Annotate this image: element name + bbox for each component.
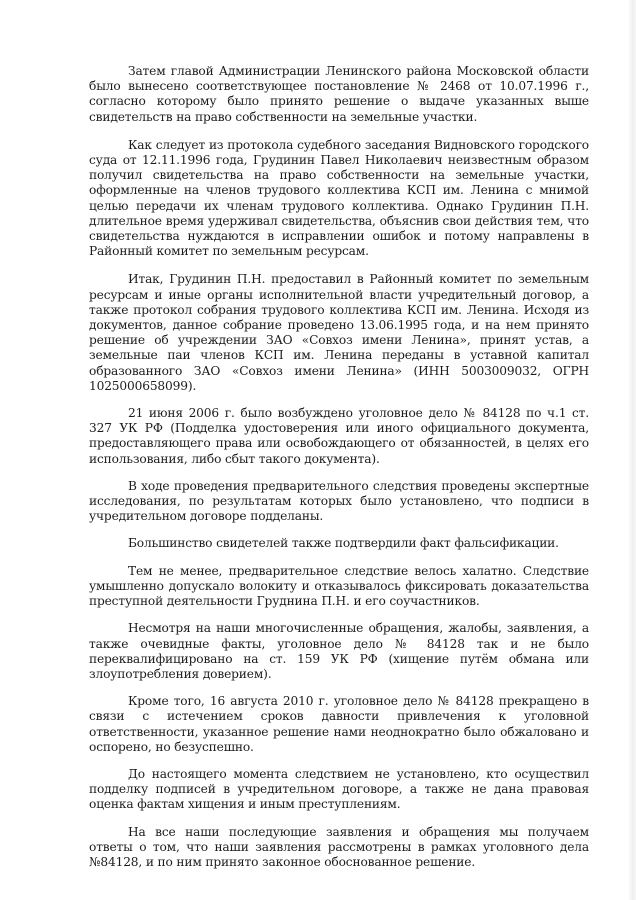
- page-edge-shadow: [628, 0, 636, 900]
- document-body: Затем главой Администрации Ленинского ра…: [89, 64, 589, 882]
- paragraph-case-closed: Кроме того, 16 августа 2010 г. уголовное…: [89, 694, 589, 755]
- paragraph-requalification: Несмотря на наши многочисленные обращени…: [89, 621, 589, 682]
- paragraph-founding-agreement: Итак, Грудинин П.Н. предоставил в Районн…: [89, 272, 589, 394]
- paragraph-expert-examination: В ходе проведения предварительного следс…: [89, 479, 589, 525]
- paragraph-criminal-case: 21 июня 2006 г. было возбуждено уголовно…: [89, 406, 589, 467]
- paragraph-not-established: До настоящего момента следствием не уста…: [89, 767, 589, 813]
- paragraph-resolution: Затем главой Администрации Ленинского ра…: [89, 64, 589, 125]
- paragraph-responses: На все наши последующие заявления и обра…: [89, 825, 589, 871]
- paragraph-witnesses: Большинство свидетелей также подтвердили…: [89, 536, 589, 551]
- paragraph-court-protocol: Как следует из протокола судебного засед…: [89, 138, 589, 260]
- paragraph-negligent-investigation: Тем не менее, предварительное следствие …: [89, 564, 589, 610]
